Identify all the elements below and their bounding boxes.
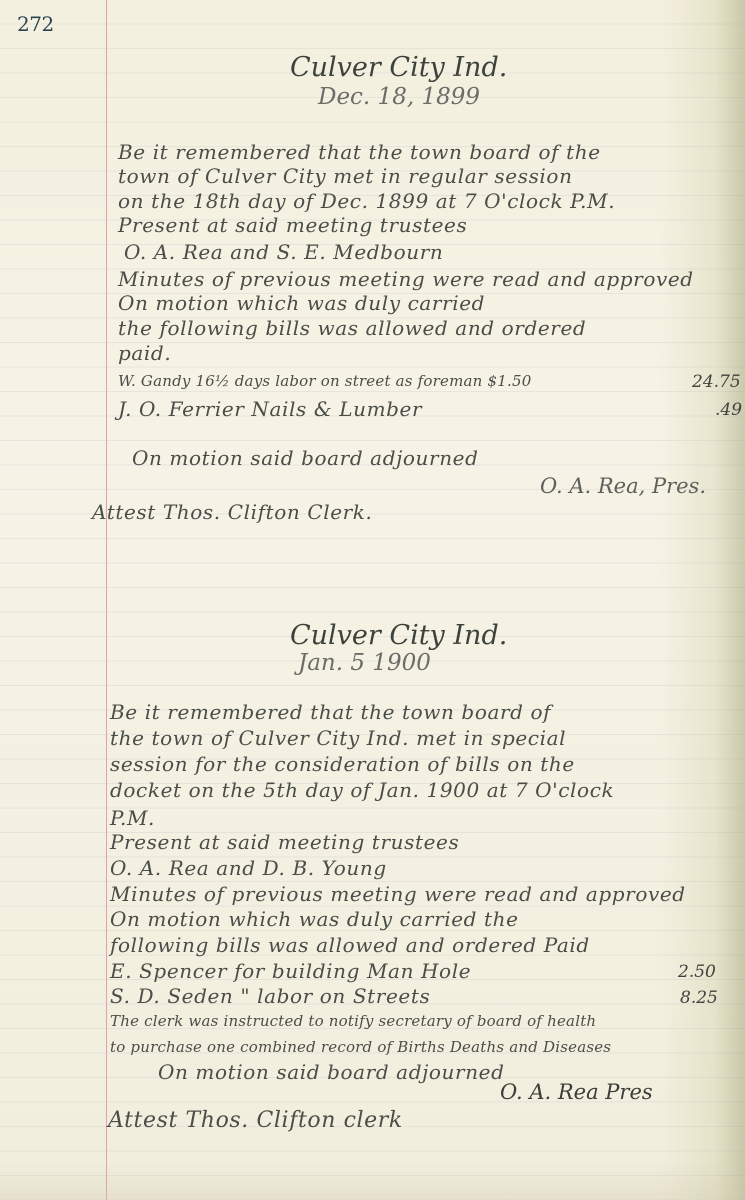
paper-shading (0, 1160, 745, 1200)
closing-motion: On motion said board adjourned (132, 446, 479, 470)
entry-line: Be it remembered that the town board of (110, 700, 551, 724)
entry-line: Present at said meeting trustees (118, 213, 467, 237)
entry-line: On motion which was duly carried (118, 291, 485, 315)
entry-line: Minutes of previous meeting were read an… (118, 267, 694, 291)
entry-line: O. A. Rea and D. B. Young (110, 856, 387, 880)
attest-clerk: Attest Thos. Clifton clerk (108, 1108, 403, 1133)
entry-line: O. A. Rea and S. E. Medbourn (124, 240, 443, 264)
bill-amount: 2.50 (678, 962, 716, 982)
entry-line: paid. (118, 341, 171, 365)
entry-date: Jan. 5 1900 (298, 650, 431, 676)
entry-line: on the 18th day of Dec. 1899 at 7 O'cloc… (118, 189, 615, 213)
entry-heading: Culver City Ind. (290, 52, 507, 83)
entry-line: following bills was allowed and ordered … (110, 933, 590, 957)
bill-description: E. Spencer for building Man Hole (110, 959, 471, 983)
bill-amount: 24.75 (692, 372, 741, 392)
page-number: 272 (17, 12, 54, 36)
bill-description: W. Gandy 16½ days labor on street as for… (118, 372, 531, 390)
entry-line: the following bills was allowed and orde… (118, 316, 586, 340)
ledger-page: 272 Culver City Ind. Dec. 18, 1899 Be it… (0, 0, 745, 1200)
bill-description: J. O. Ferrier Nails & Lumber (118, 397, 422, 421)
clerk-instruction: The clerk was instructed to notify secre… (110, 1012, 596, 1030)
entry-line: town of Culver City met in regular sessi… (118, 164, 573, 188)
entry-line: P.M. (110, 806, 155, 830)
entry-line: Be it remembered that the town board of … (118, 140, 601, 164)
clerk-instruction: to purchase one combined record of Birth… (110, 1038, 611, 1056)
president-signature: O. A. Rea, Pres. (540, 474, 706, 498)
bill-description: S. D. Seden " labor on Streets (110, 984, 430, 1008)
entry-line: Minutes of previous meeting were read an… (110, 882, 686, 906)
entry-line: docket on the 5th day of Jan. 1900 at 7 … (110, 778, 614, 802)
entry-line: session for the consideration of bills o… (110, 752, 575, 776)
president-signature: O. A. Rea Pres (500, 1080, 653, 1104)
bill-amount: .49 (715, 400, 742, 420)
entry-line: the town of Culver City Ind. met in spec… (110, 726, 566, 750)
entry-line: Present at said meeting trustees (110, 830, 459, 854)
attest-clerk: Attest Thos. Clifton Clerk. (92, 500, 373, 524)
entry-date: Dec. 18, 1899 (318, 84, 480, 110)
closing-motion: On motion said board adjourned (158, 1060, 505, 1084)
entry-line: On motion which was duly carried the (110, 907, 519, 931)
margin-rule (106, 0, 107, 1200)
entry-heading: Culver City Ind. (290, 620, 507, 651)
bill-amount: 8.25 (680, 988, 718, 1008)
